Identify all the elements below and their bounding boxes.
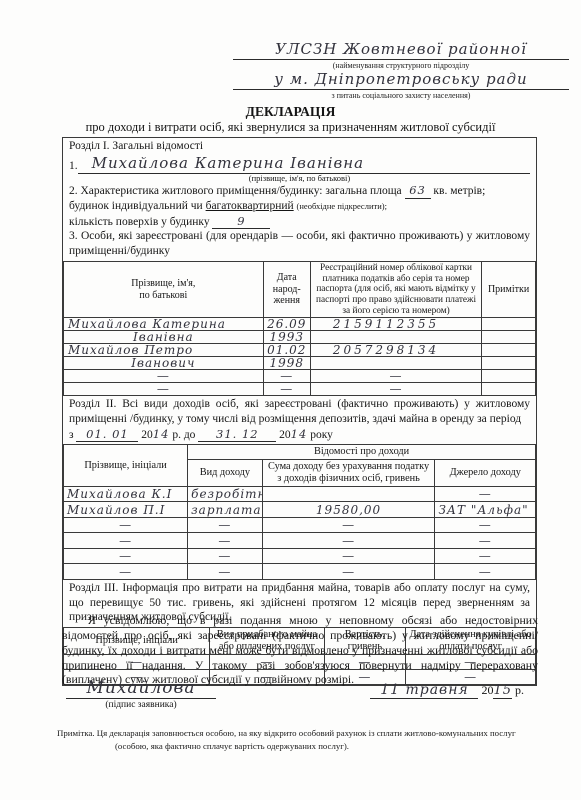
- col-regnumber: Реєстраційний номер облікової картки пла…: [310, 261, 481, 317]
- person-notes: [482, 370, 536, 383]
- income-source: —: [435, 533, 536, 549]
- person-notes: [482, 331, 536, 344]
- year-suffix: р.: [515, 683, 524, 697]
- dwelling-text-2: кв. метрів;: [433, 185, 485, 197]
- footnote-text: Ця декларація заповнюється особою, на як…: [97, 728, 516, 751]
- person-row: Іванівна 1993: [64, 331, 536, 344]
- dwelling-type-text: будинок індивідуальний чи: [69, 200, 203, 212]
- income-sum: —: [262, 548, 435, 564]
- signature-block: Михайлова (підпис заявника): [66, 678, 216, 710]
- person-notes: [482, 344, 536, 357]
- income-source: —: [435, 517, 536, 533]
- main-form-box: Розділ I. Загальні відомості 1. Михайлов…: [62, 137, 537, 686]
- income-name: —: [64, 564, 188, 580]
- period-20a: 20: [141, 429, 153, 441]
- person-regnum: —: [310, 383, 481, 396]
- person-notes: [482, 357, 536, 370]
- org-name-line-2: у м. Дніпропетровську ради: [233, 70, 569, 90]
- fullname-number: 1.: [69, 159, 78, 174]
- col-income-group: Відомості про доходи: [188, 445, 536, 460]
- area-field: 63: [405, 183, 431, 199]
- person-row: Михайлова Катерина 26.09 2159112355: [64, 318, 536, 331]
- col-birthdate: Дата народ- ження: [263, 261, 310, 317]
- fullname-row: 1. Михайлова Катерина Іванівна: [69, 154, 530, 174]
- income-sum: 19580,00: [262, 502, 435, 518]
- income-source: —: [435, 564, 536, 580]
- income-table: Прізвище, ініціали Відомості про доходи …: [63, 444, 536, 579]
- income-sum: [262, 486, 435, 502]
- period-line: з 01. 01 2014 р. до 31. 12 2014 року: [69, 427, 530, 443]
- fullname-field: Михайлова Катерина Іванівна: [78, 154, 530, 174]
- year-field: 15: [493, 683, 512, 699]
- period-suffix: року: [310, 429, 333, 441]
- period-year-a-field: 14: [153, 427, 170, 441]
- col-notes: Примітки: [482, 261, 536, 317]
- fullname-caption: (прізвище, ім'я, по батькові): [69, 174, 530, 183]
- person-row: Михайлов Петро 01.02 2057298134: [64, 344, 536, 357]
- income-header-row-1: Прізвище, ініціали Відомості про доходи: [64, 445, 536, 460]
- income-kind: —: [188, 564, 263, 580]
- person-birth: —: [263, 370, 310, 383]
- income-kind: —: [188, 517, 263, 533]
- person-name: Михайлова Катерина: [64, 318, 264, 331]
- person-birth: 1998: [263, 357, 310, 370]
- period-mid: р. до: [172, 429, 195, 441]
- col-income-sum: Сума доходу без урахування податку з дох…: [262, 460, 435, 487]
- dwelling-line-3: кількість поверхів у будинку 9: [69, 214, 530, 230]
- period-20b: 20: [279, 429, 291, 441]
- income-kind: безробітня: [188, 486, 263, 502]
- underline-hint: (необхідне підкреслити);: [297, 201, 387, 211]
- person-name: Іванівна: [64, 331, 264, 344]
- org-caption-1: (найменування структурного підрозділу: [233, 60, 569, 70]
- income-source: —: [435, 548, 536, 564]
- col-initials: Прізвище, ініціали: [64, 445, 188, 486]
- person-regnum: —: [310, 370, 481, 383]
- dwelling-line-2: будинок індивідуальний чи багатоквартирн…: [69, 199, 530, 214]
- dwelling-text-1: 2. Характеристика житлового приміщення/б…: [69, 185, 402, 197]
- person-regnum: [310, 331, 481, 344]
- income-name: Михайлов П.І: [64, 502, 188, 518]
- person-name: Іванович: [64, 357, 264, 370]
- income-row: — — — —: [64, 564, 536, 580]
- person-notes: [482, 383, 536, 396]
- income-row: — — — —: [64, 548, 536, 564]
- year-prefix: 20: [481, 683, 493, 697]
- income-kind: —: [188, 548, 263, 564]
- col-fullname: Прізвище, ім'я, по батькові: [64, 261, 264, 317]
- dwelling-line-1: 2. Характеристика житлового приміщення/б…: [69, 183, 530, 199]
- person-regnum: 2159112355: [310, 318, 481, 331]
- section-1: Розділ I. Загальні відомості 1. Михайлов…: [63, 138, 536, 261]
- income-kind: зарплата: [188, 502, 263, 518]
- income-kind: —: [188, 533, 263, 549]
- period-year-b-field: 14: [291, 427, 308, 441]
- person-birth: 01.02: [263, 344, 310, 357]
- acknowledgment-paragraph: Я усвідомлюю, що в разі подання мною у н…: [62, 613, 538, 687]
- floors-field: 9: [212, 214, 270, 230]
- signature-caption: (підпис заявника): [66, 699, 216, 710]
- org-name-line-1: УЛСЗН Жовтневої районної: [233, 40, 569, 60]
- person-row: — — —: [64, 383, 536, 396]
- signature-field: Михайлова: [66, 678, 216, 699]
- person-birth: 1993: [263, 331, 310, 344]
- footnote: Примітка. Ця декларація заповнюється осо…: [57, 727, 535, 753]
- dwelling-type-underlined: багатоквартирний: [206, 200, 294, 212]
- person-regnum: [310, 357, 481, 370]
- person-row: Іванович 1998: [64, 357, 536, 370]
- income-name: —: [64, 533, 188, 549]
- person-row: — — —: [64, 370, 536, 383]
- income-row: — — — —: [64, 533, 536, 549]
- income-source: ЗАТ "Альфа": [435, 502, 536, 518]
- income-row: Михайлова К.І безробітня —: [64, 486, 536, 502]
- period-from-field: 01. 01: [76, 427, 138, 443]
- section-2-heading: Розділ II. Всі види доходів осіб, які за…: [69, 398, 530, 425]
- date-field: 11 травня: [370, 682, 478, 699]
- col-income-source: Джерело доходу: [435, 460, 536, 487]
- person-name: —: [64, 383, 264, 396]
- persons-table: Прізвище, ім'я, по батькові Дата народ- …: [63, 261, 536, 396]
- person-birth: 26.09: [263, 318, 310, 331]
- section-1-heading: Розділ I. Загальні відомості: [69, 139, 530, 154]
- income-row: — — — —: [64, 517, 536, 533]
- period-prefix: з: [69, 429, 74, 441]
- person-name: —: [64, 370, 264, 383]
- person-notes: [482, 318, 536, 331]
- income-source: —: [435, 486, 536, 502]
- signature-row: Михайлова (підпис заявника) 11 травня 20…: [62, 678, 542, 718]
- income-sum: —: [262, 564, 435, 580]
- date-block: 11 травня 2015 р.: [370, 682, 524, 699]
- period-to-field: 31. 12: [198, 427, 276, 443]
- col-income-kind: Вид доходу: [188, 460, 263, 487]
- persons-header-row: Прізвище, ім'я, по батькові Дата народ- …: [64, 261, 536, 317]
- doc-subtitle: про доходи і витрати осіб, які звернулис…: [0, 120, 581, 135]
- section-2: Розділ II. Всі види доходів осіб, які за…: [63, 396, 536, 444]
- income-row: Михайлов П.І зарплата 19580,00 ЗАТ "Альф…: [64, 502, 536, 518]
- org-caption-2: з питань соціального захисту населення): [233, 90, 569, 100]
- persons-intro: 3. Особи, які зареєстровані (для орендар…: [69, 229, 530, 258]
- person-birth: —: [263, 383, 310, 396]
- income-name: —: [64, 548, 188, 564]
- person-name: Михайлов Петро: [64, 344, 264, 357]
- declaration-document: УЛСЗН Жовтневої районної (найменування с…: [0, 0, 581, 800]
- person-regnum: 2057298134: [310, 344, 481, 357]
- footnote-label: Примітка.: [57, 728, 95, 738]
- income-sum: —: [262, 517, 435, 533]
- doc-title: ДЕКЛАРАЦІЯ: [0, 104, 581, 120]
- income-name: Михайлова К.І: [64, 486, 188, 502]
- org-header-block: УЛСЗН Жовтневої районної (найменування с…: [233, 40, 569, 100]
- income-sum: —: [262, 533, 435, 549]
- floors-text: кількість поверхів у будинку: [69, 216, 210, 228]
- income-name: —: [64, 517, 188, 533]
